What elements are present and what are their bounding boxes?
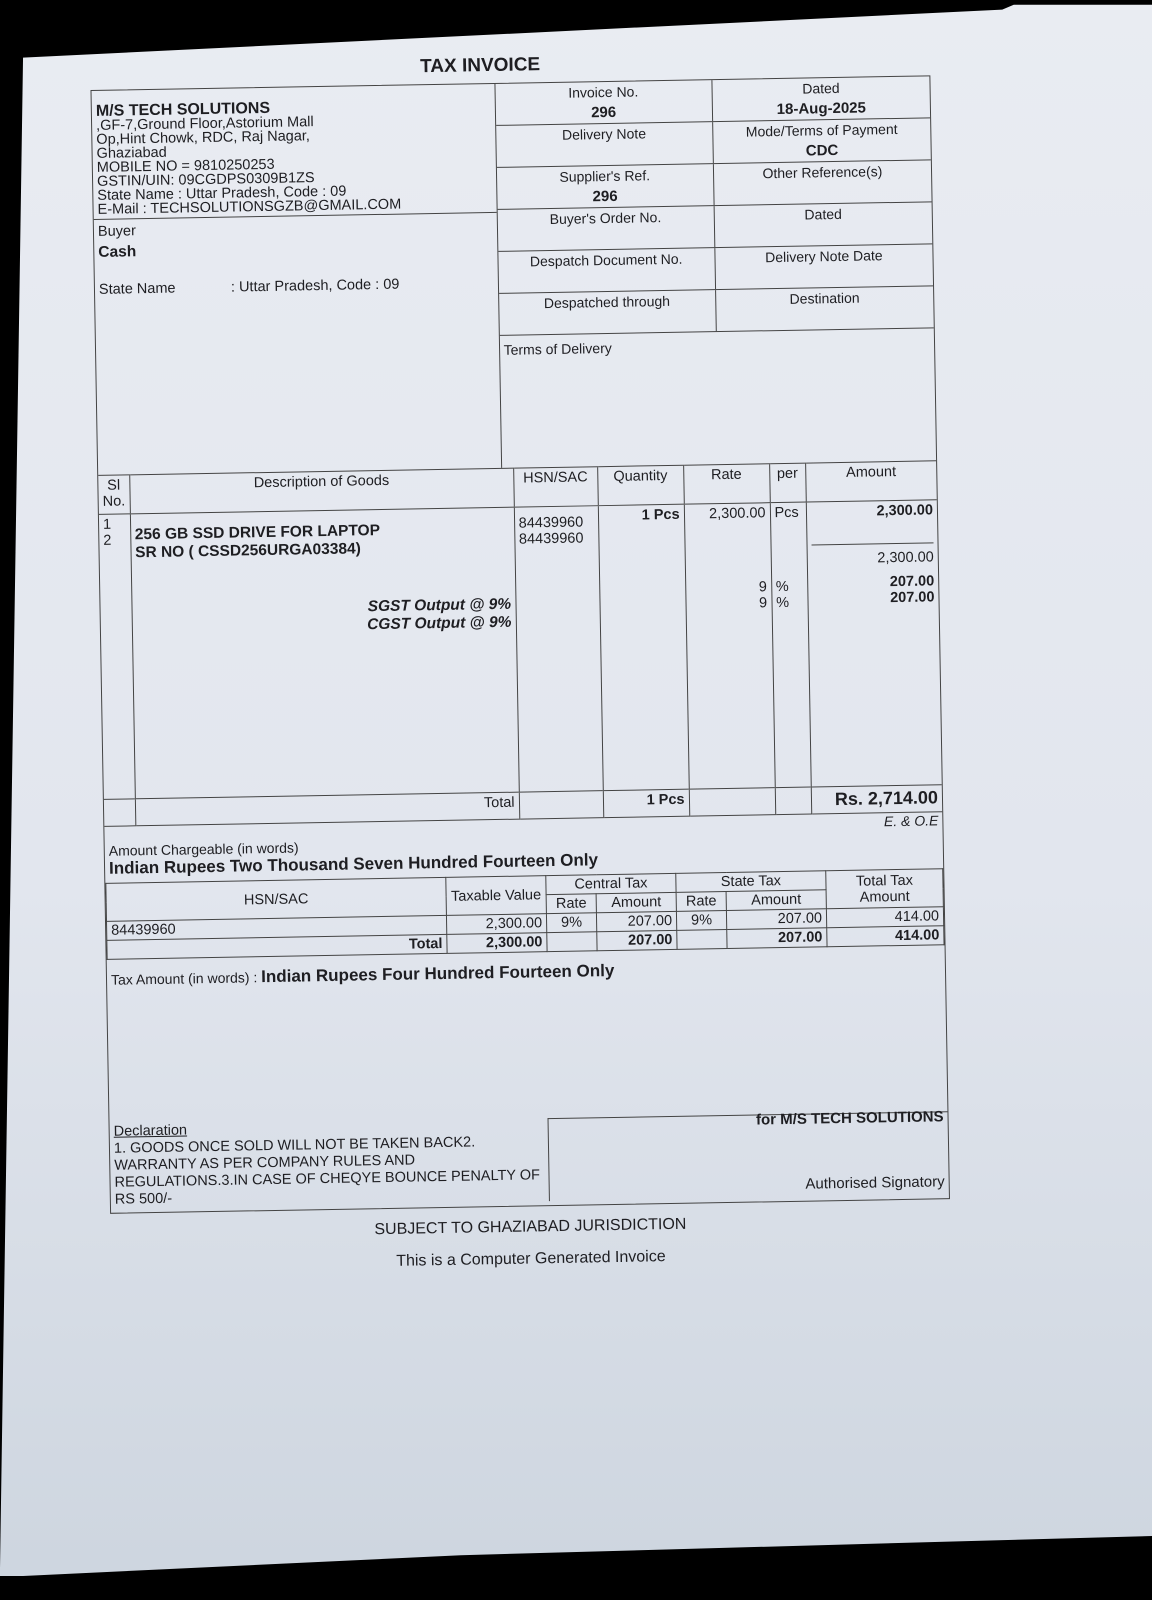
signature-for: for M/S TECH SOLUTIONS — [756, 1108, 944, 1128]
meta-value: 296 — [501, 186, 709, 207]
total-tax-header: Total Tax Amount — [826, 869, 944, 909]
tax-words-value: Indian Rupees Four Hundred Fourteen Only — [261, 961, 615, 986]
meta-value — [720, 266, 929, 270]
taxable-header: Taxable Value — [446, 876, 547, 916]
meta-cell: Delivery Note — [496, 122, 714, 167]
meta-value — [502, 270, 710, 274]
items-table: SlNo. Description of Goods HSN/SAC Quant… — [98, 460, 942, 827]
quantity-cell: 1 Pcs — [598, 504, 689, 790]
meta-value — [503, 312, 711, 316]
meta-value — [500, 144, 708, 148]
meta-row: Despatched throughDestination — [499, 286, 934, 336]
declaration-text: 1. GOODS ONCE SOLD WILL NOT BE TAKEN BAC… — [114, 1133, 545, 1208]
central-tax-header: Central Tax — [546, 873, 676, 894]
sl-cell: 12 — [99, 514, 135, 799]
col-hsn: HSN/SAC — [513, 467, 598, 507]
subtotal: 2,300.00 — [811, 542, 934, 567]
hsn-header: HSN/SAC — [106, 877, 447, 921]
grand-total: Rs. 2,714.00 — [811, 785, 942, 814]
meta-label: Destination — [720, 288, 929, 308]
state-tax-header: State Tax — [676, 871, 826, 893]
buyer-state-value: : Uttar Pradesh, Code : 09 — [231, 277, 400, 296]
meta-cell: Despatch Document No. — [498, 248, 716, 293]
invoice-frame: M/S TECH SOLUTIONS ,GF-7,Ground Floor,As… — [90, 75, 949, 1213]
declaration-block: Declaration 1. GOODS ONCE SOLD WILL NOT … — [109, 1112, 549, 1213]
declaration-section: Declaration 1. GOODS ONCE SOLD WILL NOT … — [109, 1105, 948, 1213]
meta-cell: Supplier's Ref.296 — [496, 164, 714, 209]
rate-cell: 2,300.00 9 9 — [684, 503, 775, 789]
tax-in-words: Tax Amount (in words) : Indian Rupees Fo… — [107, 945, 948, 1120]
meta-label: Supplier's Ref. — [501, 166, 709, 186]
hsn-cell: 8443996084439960 — [514, 506, 603, 792]
amount-cell: 2,300.00 2,300.00 207.00 207.00 — [806, 500, 942, 787]
meta-label: Delivery Note Date — [719, 246, 928, 266]
meta-cell: Invoice No.296 — [495, 80, 713, 125]
meta-cell: Buyer's Order No. — [497, 206, 715, 251]
meta-section: Invoice No.296Dated18-Aug-2025Delivery N… — [495, 76, 936, 468]
buyer-name: Cash — [98, 237, 493, 262]
meta-value: CDC — [717, 140, 926, 161]
meta-label: Other Reference(s) — [718, 162, 927, 182]
party-section: M/S TECH SOLUTIONS ,GF-7,Ground Floor,As… — [92, 84, 502, 475]
meta-label: Buyer's Order No. — [501, 208, 709, 228]
signature-label: Authorised Signatory — [805, 1173, 945, 1192]
col-sl: SlNo. — [98, 475, 130, 515]
meta-cell: Dated — [714, 202, 932, 247]
invoice-document: TAX INVOICE M/S TECH SOLUTIONS ,GF-7,Gro… — [90, 47, 951, 1275]
terms-of-delivery: Terms of Delivery — [499, 328, 936, 468]
items-body-row: 12 256 GB SSD DRIVE FOR LAPTOP SR NO ( C… — [99, 500, 942, 800]
col-quantity: Quantity — [597, 465, 684, 505]
signature-block: for M/S TECH SOLUTIONS Authorised Signat… — [548, 1111, 949, 1201]
col-rate: Rate — [683, 464, 770, 504]
col-description: Description of Goods — [129, 468, 514, 514]
meta-value — [502, 228, 710, 232]
meta-cell: Despatched through — [499, 290, 717, 335]
meta-value — [719, 224, 928, 228]
meta-label: Despatched through — [503, 292, 711, 312]
meta-value — [718, 182, 927, 186]
meta-value: 18-Aug-2025 — [717, 98, 926, 119]
s-amount-header: Amount — [726, 890, 826, 911]
header-section: M/S TECH SOLUTIONS ,GF-7,Ground Floor,As… — [92, 76, 937, 475]
description-cell: 256 GB SSD DRIVE FOR LAPTOP SR NO ( CSSD… — [130, 507, 519, 799]
meta-value: 296 — [499, 102, 707, 123]
col-amount: Amount — [805, 461, 937, 502]
jurisdiction-note: SUBJECT TO GHAZIABAD JURISDICTION — [110, 1211, 950, 1244]
meta-label: Despatch Document No. — [502, 250, 710, 270]
meta-value — [720, 308, 929, 312]
buyer-block: Buyer Cash State Name : Uttar Pradesh, C… — [94, 213, 501, 466]
tax-words-label: Tax Amount (in words) : — [111, 969, 258, 988]
meta-label: Mode/Terms of Payment — [717, 120, 926, 140]
buyer-state-label: State Name — [99, 280, 231, 298]
meta-label: Invoice No. — [499, 82, 707, 102]
total-quantity: 1 Pcs — [603, 789, 689, 817]
meta-label: Dated — [716, 78, 925, 98]
c-amount-header: Amount — [596, 892, 676, 912]
meta-cell: Destination — [716, 286, 934, 331]
meta-cell: Other Reference(s) — [714, 160, 932, 205]
hsn-summary-table: HSN/SAC Taxable Value Central Tax State … — [105, 868, 944, 960]
meta-label: Delivery Note — [500, 124, 708, 144]
s-rate-header: Rate — [676, 892, 726, 912]
per-cell: Pcs % % — [770, 502, 811, 788]
col-per: per — [769, 463, 806, 503]
buyer-state: State Name : Uttar Pradesh, Code : 09 — [99, 275, 494, 298]
seller-block: M/S TECH SOLUTIONS ,GF-7,Ground Floor,As… — [92, 84, 497, 220]
meta-cell: Dated18-Aug-2025 — [712, 76, 930, 121]
meta-cell: Delivery Note Date — [715, 244, 933, 289]
meta-label: Dated — [718, 204, 927, 224]
c-rate-header: Rate — [546, 894, 596, 914]
buyer-label: Buyer — [98, 217, 493, 240]
meta-cell: Mode/Terms of PaymentCDC — [713, 118, 931, 163]
